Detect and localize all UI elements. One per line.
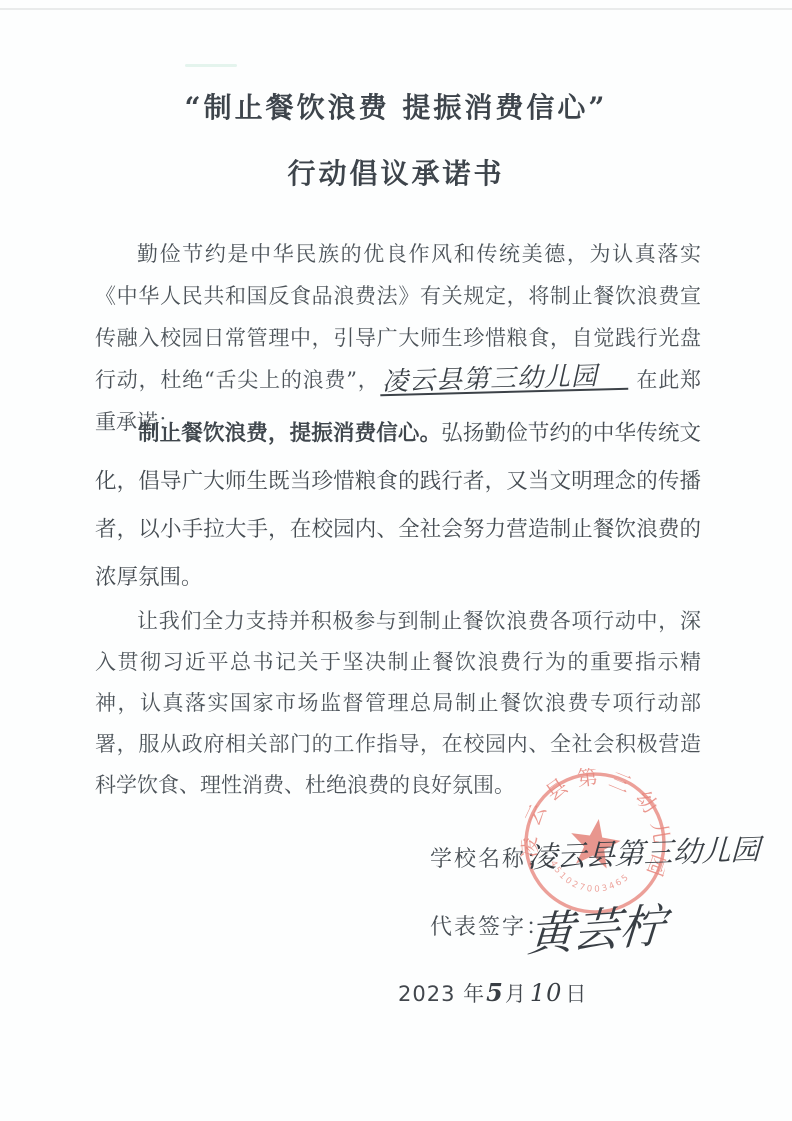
paragraph-commitment-rest: 弘扬勤俭节约的中华传统文化，倡导广大师生既当珍惜粮食的践行者，又当文明理念的传播… (95, 421, 701, 590)
date-line: 2023 年5月10日 (398, 978, 587, 1008)
handwritten-school-name-inline: 凌云县第三幼儿园 (379, 366, 628, 396)
paragraph-commitment: 制止餐饮浪费，提振消费信心。弘扬勤俭节约的中华传统文化，倡导广大师生既当珍惜粮食… (95, 410, 701, 602)
date-day-label: 日 (565, 982, 587, 1006)
handwritten-school-name-signature: 凌云县第三幼儿园 (527, 829, 718, 877)
document-page: “制止餐饮浪费 提振消费信心” 行动倡议承诺书 勤俭节约是中华民族的优良作风和传… (0, 0, 792, 1121)
scan-artifact-smudge (185, 64, 237, 67)
document-title-line1: “制止餐饮浪费 提振消费信心” (0, 86, 792, 126)
scan-artifact-line (0, 8, 792, 10)
paragraph-commitment-lead: 制止餐饮浪费，提振消费信心。 (138, 421, 441, 446)
document-title-line2: 行动倡议承诺书 (0, 152, 792, 192)
date-year: 2023 年 (398, 982, 485, 1006)
date-day-handwritten: 10 (527, 979, 566, 1007)
date-month-label: 月 (505, 982, 527, 1006)
date-month-handwritten: 5 (485, 978, 505, 1007)
handwritten-representative-signature: 黄芸柠 (526, 889, 668, 965)
